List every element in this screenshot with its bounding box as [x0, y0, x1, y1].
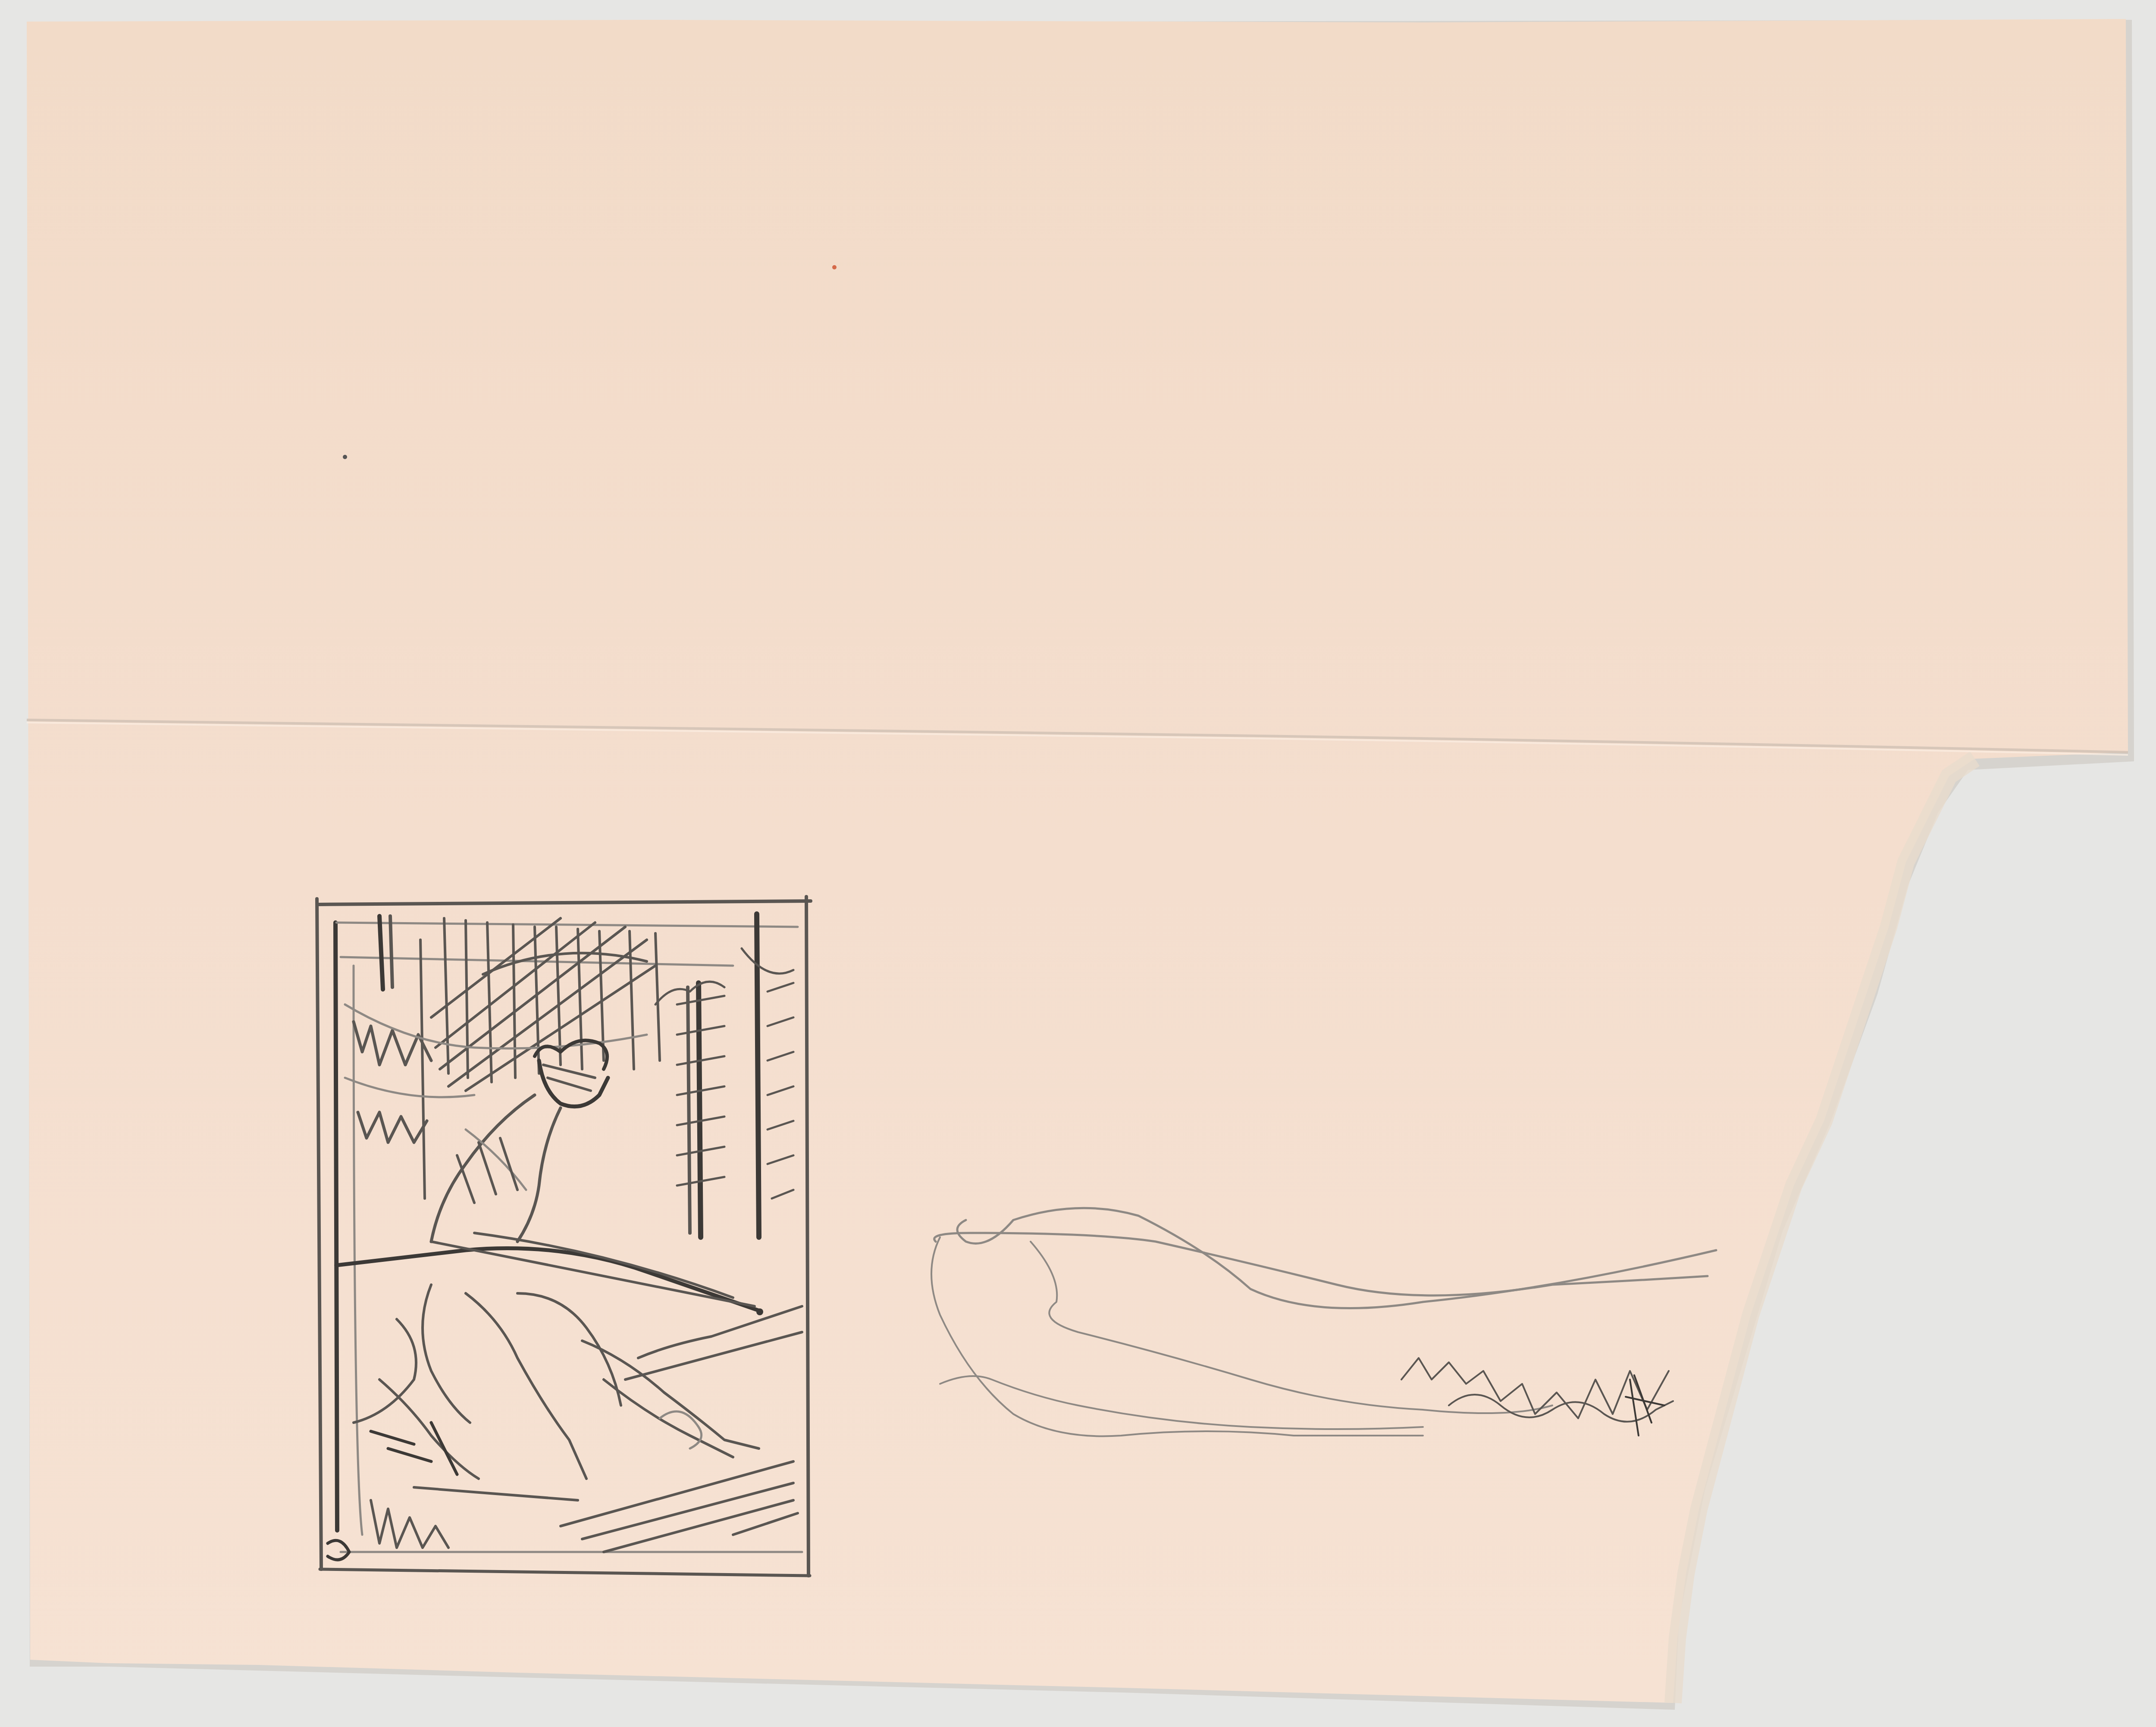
paper-speck [832, 265, 837, 269]
paper-speck [343, 455, 347, 459]
artwork-scan [0, 0, 2156, 1727]
pole-tip [756, 1308, 763, 1315]
